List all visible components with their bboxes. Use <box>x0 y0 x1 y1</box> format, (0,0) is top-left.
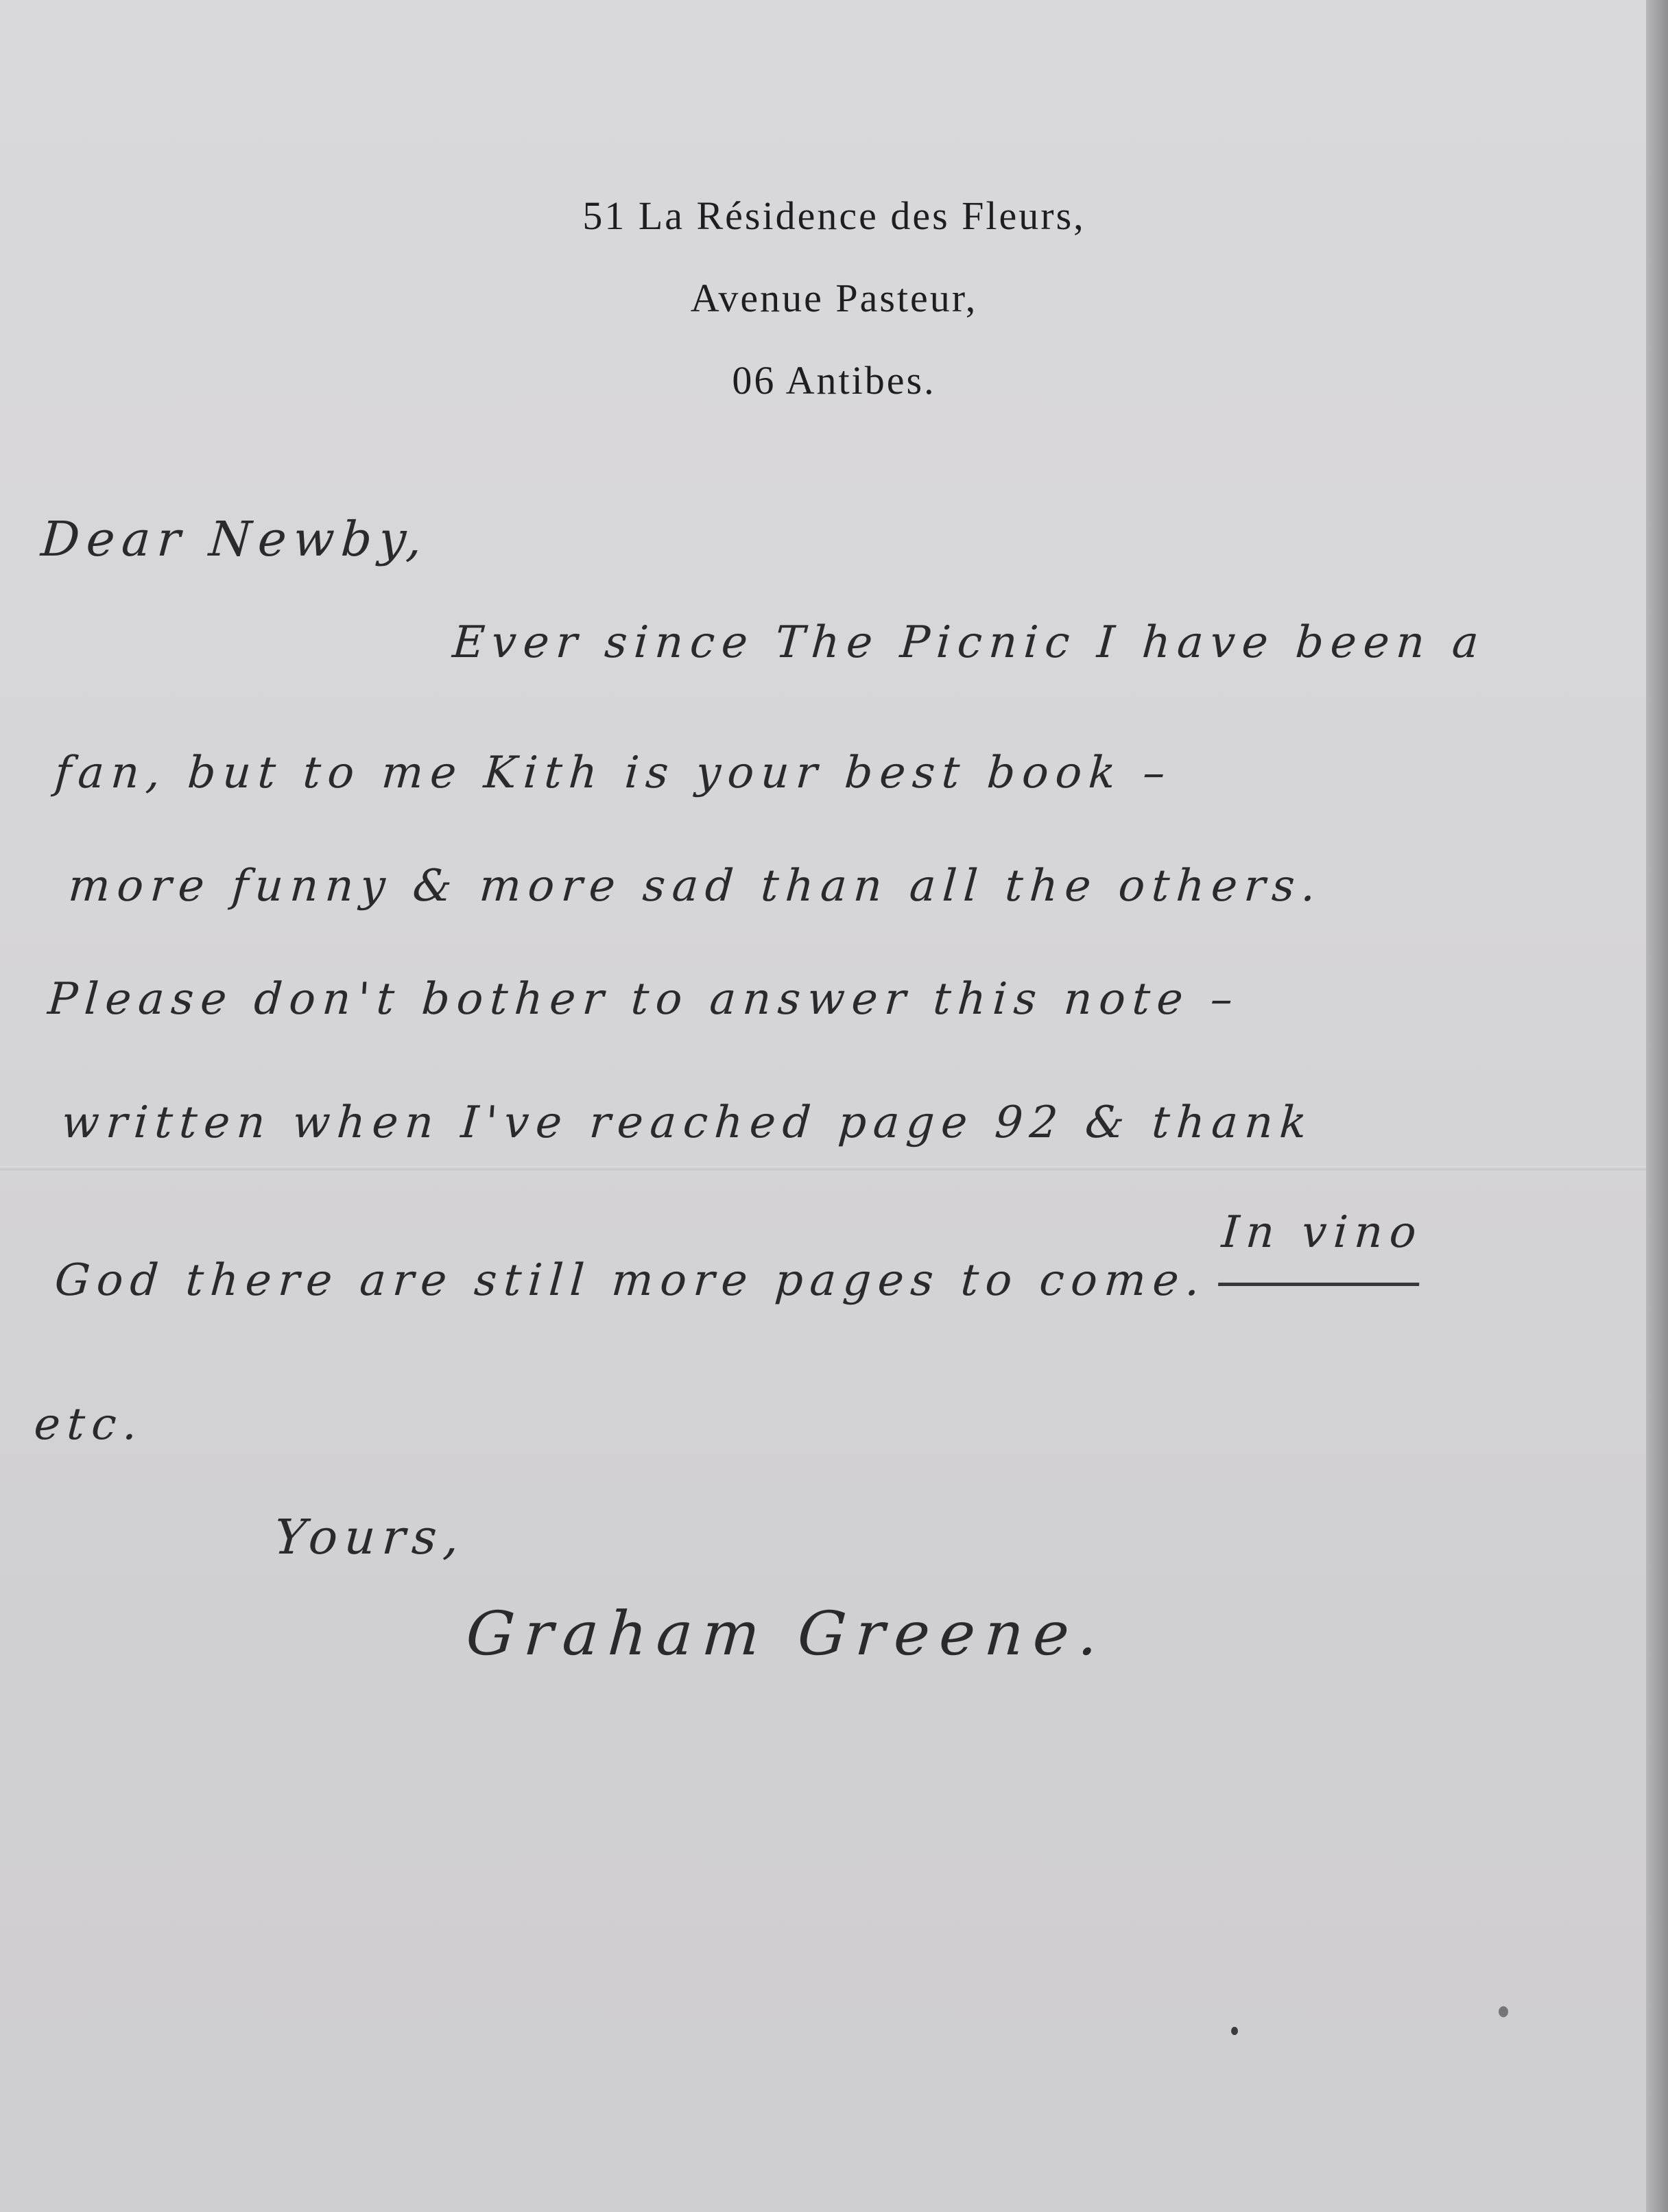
letter-line-4: Please don't bother to answer this note … <box>46 974 1241 1025</box>
closing: Yours, <box>272 1509 468 1565</box>
letterhead-line-2: Avenue Pasteur, <box>0 257 1668 340</box>
aside-in-vino: In vino <box>1218 1207 1425 1286</box>
paper-spot <box>1499 2006 1508 2017</box>
letter-line-2: fan, but to me Kith is your best book – <box>53 748 1173 798</box>
letterhead: 51 La Résidence des Fleurs, Avenue Paste… <box>0 175 1668 422</box>
letterhead-line-3: 06 Antibes. <box>0 340 1668 422</box>
letter-line-5: written when I've reached page 92 & than… <box>60 1097 1315 1148</box>
letter-line-7: etc. <box>32 1399 145 1450</box>
salutation: Dear Newby, <box>39 511 431 567</box>
letter-line-6: God there are still more pages to come. <box>53 1255 1208 1306</box>
paper-spot <box>1231 2027 1238 2035</box>
letter-line-1: Ever since The Picnic I have been a <box>451 617 1487 668</box>
letterhead-line-1: 51 La Résidence des Fleurs, <box>0 175 1668 257</box>
paper-fold-crease <box>0 1166 1646 1170</box>
letter-line-3: more funny & more sad than all the other… <box>67 861 1324 912</box>
signature: Graham Greene. <box>464 1598 1110 1669</box>
